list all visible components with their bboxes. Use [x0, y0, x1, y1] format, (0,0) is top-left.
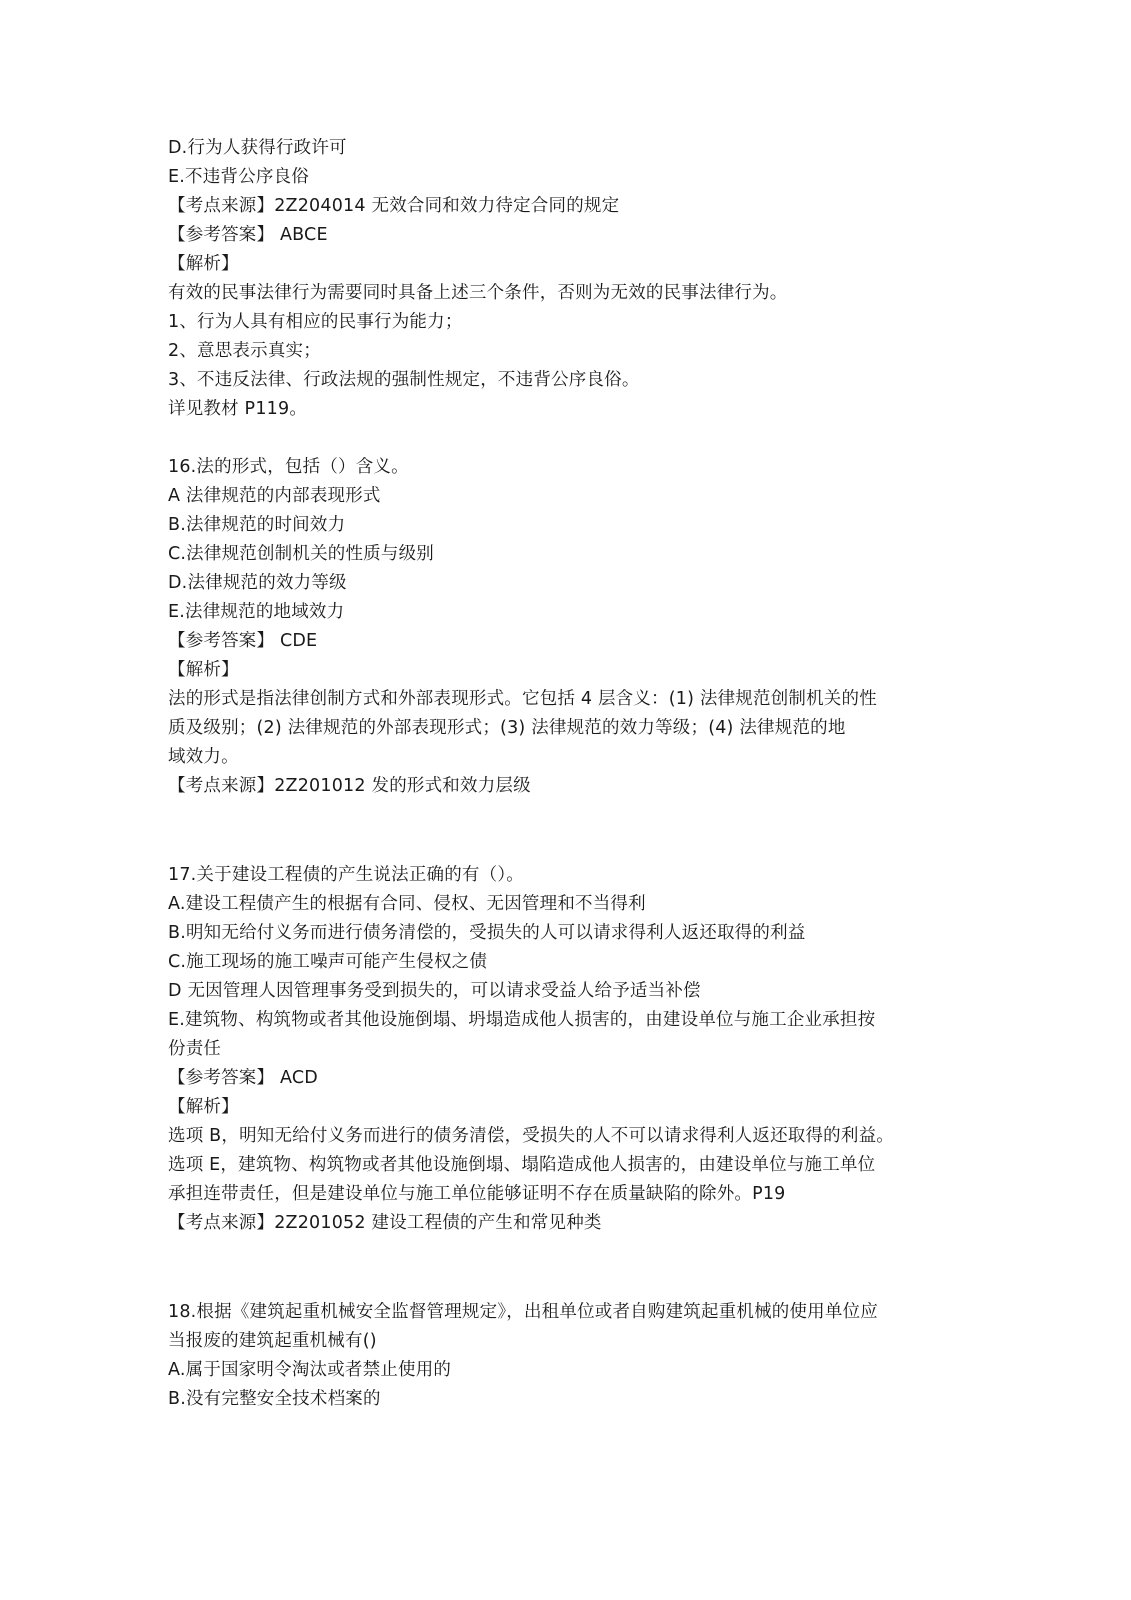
question-18-2: 当报废的建筑起重机械有() [168, 1327, 377, 1356]
analysis-text-q17-3: 承担连带责任，但是建设单位与施工单位能够证明不存在质量缺陷的除外。P19 [168, 1180, 786, 1209]
option-d-q17: D 无因管理人因管理事务受到损失的，可以请求受益人给予适当补偿 [168, 977, 701, 1006]
analysis-heading-q17: 【解析】 [168, 1093, 239, 1122]
analysis-item-1: 1、行为人具有相应的民事行为能力； [168, 308, 463, 337]
source-q17: 【考点来源】2Z201052 建设工程债的产生和常见种类 [168, 1209, 602, 1238]
option-d-q16: D.法律规范的效力等级 [168, 569, 347, 598]
option-b-q18: B.没有完整安全技术档案的 [168, 1385, 381, 1414]
option-e-q17-2: 份责任 [168, 1035, 221, 1064]
analysis-text-q15: 有效的民事法律行为需要同时具备上述三个条件，否则为无效的民事法律行为。 [168, 279, 788, 308]
question-17: 17.关于建设工程债的产生说法正确的有（）。 [168, 861, 524, 890]
option-c-q17: C.施工现场的施工噪声可能产生侵权之债 [168, 948, 487, 977]
analysis-text-q17-1: 选项 B，明知无给付义务而进行的债务清偿，受损失的人不可以请求得利人返还取得的利… [168, 1122, 894, 1151]
analysis-heading-q16: 【解析】 [168, 656, 239, 685]
answer-q15: 【参考答案】 ABCE [168, 221, 328, 250]
option-b-q16: B.法律规范的时间效力 [168, 511, 345, 540]
option-b-q17: B.明知无给付义务而进行债务清偿的，受损失的人可以请求得利人返还取得的利益 [168, 919, 805, 948]
question-16: 16.法的形式，包括（）含义。 [168, 453, 409, 482]
answer-q17: 【参考答案】 ACD [168, 1064, 318, 1093]
option-c-q16: C.法律规范创制机关的性质与级别 [168, 540, 434, 569]
reference-q15: 详见教材 P119。 [168, 395, 307, 424]
analysis-text-q16-3: 域效力。 [168, 743, 239, 772]
analysis-heading-q15: 【解析】 [168, 250, 239, 279]
option-e-q17-1: E.建筑物、构筑物或者其他设施倒塌、坍塌造成他人损害的，由建设单位与施工企业承担… [168, 1006, 875, 1035]
source-q16: 【考点来源】2Z201012 发的形式和效力层级 [168, 772, 531, 801]
option-a-q18: A.属于国家明令淘汰或者禁止使用的 [168, 1356, 451, 1385]
option-e-q16: E.法律规范的地域效力 [168, 598, 344, 627]
question-18-1: 18.根据《建筑起重机械安全监督管理规定》，出租单位或者自购建筑起重机械的使用单… [168, 1298, 878, 1327]
analysis-text-q16-1: 法的形式是指法律创制方式和外部表现形式。它包括 4 层含义：(1) 法律规范创制… [168, 685, 877, 714]
analysis-text-q16-2: 质及级别；(2) 法律规范的外部表现形式；(3) 法律规范的效力等级；(4) 法… [168, 714, 846, 743]
option-d-q15: D.行为人获得行政许可 [168, 134, 347, 163]
answer-q16: 【参考答案】 CDE [168, 627, 317, 656]
source-q15: 【考点来源】2Z204014 无效合同和效力待定合同的规定 [168, 192, 619, 221]
analysis-text-q17-2: 选项 E，建筑物、构筑物或者其他设施倒塌、塌陷造成他人损害的，由建设单位与施工单… [168, 1151, 875, 1180]
option-a-q16: A 法律规范的内部表现形式 [168, 482, 381, 511]
option-e-q15: E.不违背公序良俗 [168, 163, 309, 192]
analysis-item-3: 3、不违反法律、行政法规的强制性规定，不违背公序良俗。 [168, 366, 640, 395]
document-page: D.行为人获得行政许可 E.不违背公序良俗 【考点来源】2Z204014 无效合… [0, 0, 1131, 1600]
analysis-item-2: 2、意思表示真实； [168, 337, 321, 366]
option-a-q17: A.建设工程债产生的根据有合同、侵权、无因管理和不当得利 [168, 890, 646, 919]
